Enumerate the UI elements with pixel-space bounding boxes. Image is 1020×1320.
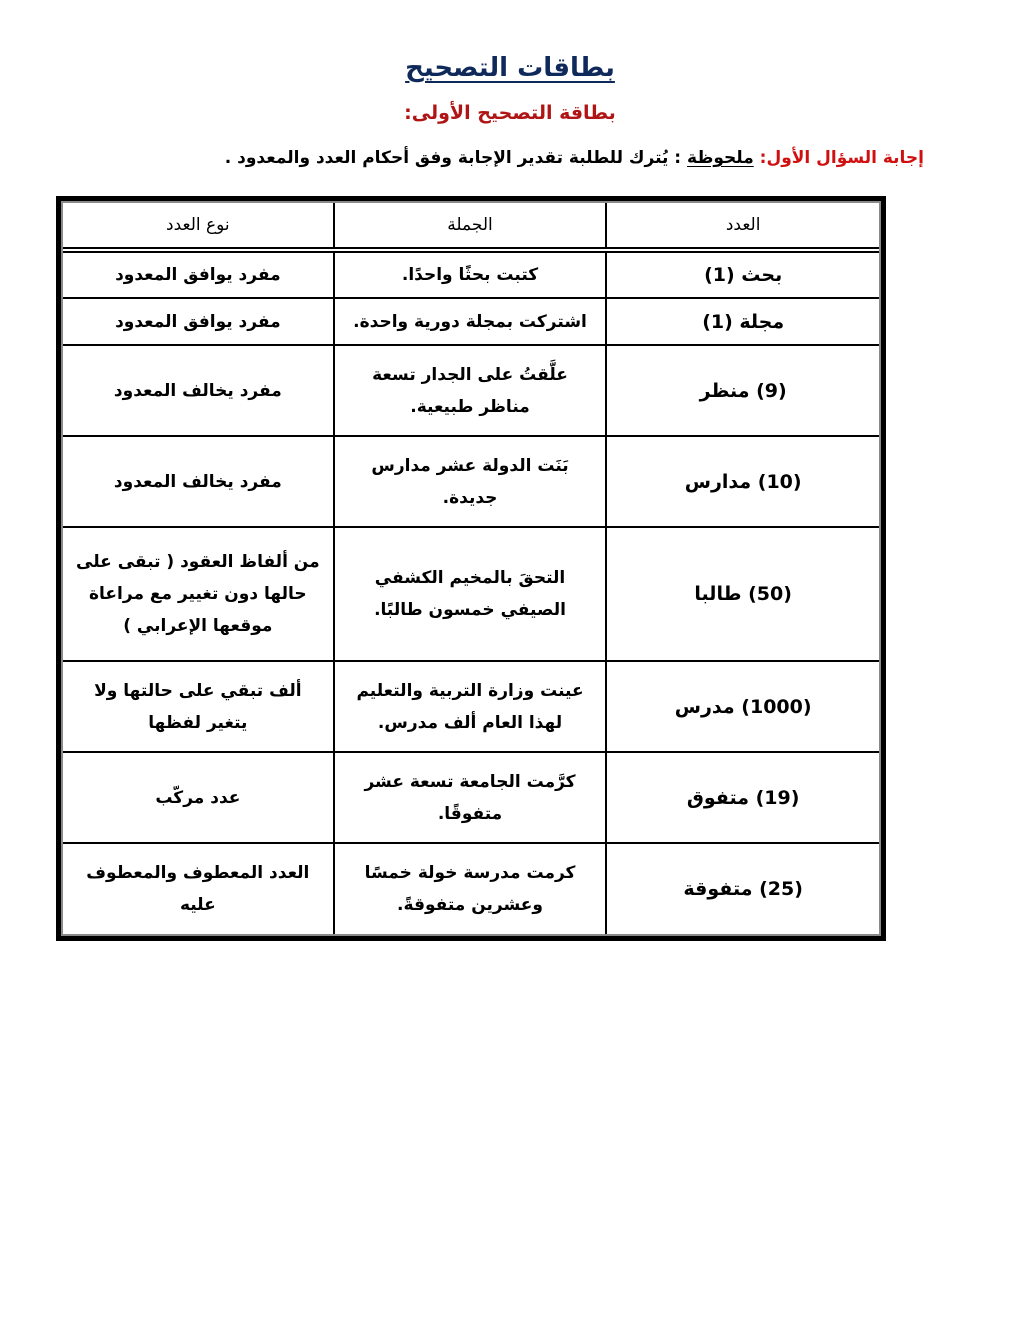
answer-table-inner: العدد الجملة نوع العدد بحث (1) كتبت بحثً… [61,201,881,936]
page-title-text: بطاقات التصحيح [405,53,615,83]
cell-type: عدد مركّب [63,752,334,843]
cell-type: ألف تبقي على حالتها ولا يتغير لفظها [63,661,334,752]
header-number: العدد [606,203,879,250]
cell-number: (1000) مدرس [606,661,879,752]
answer-line: إجابة السؤال الأول: ملحوظة : يُترك للطلب… [225,142,924,174]
cell-number: بحث (1) [606,250,879,298]
cell-sentence: بَنَت الدولة عشر مدارس جديدة. [334,436,607,527]
cell-type: مفرد يخالف المعدود [63,345,334,436]
cell-sentence: علَّقتُ على الجدار تسعة مناظر طبيعية. [334,345,607,436]
cell-number: (50) طالبا [606,527,879,661]
page-title: بطاقات التصحيح [0,48,1020,88]
header-type: نوع العدد [63,203,334,250]
table-row: (10) مدارس بَنَت الدولة عشر مدارس جديدة.… [63,436,879,527]
note-label: ملحوظة [687,148,754,168]
cell-number: (9) منظر [606,345,879,436]
answer-label: إجابة السؤال الأول: [760,148,924,168]
answer-grid: العدد الجملة نوع العدد بحث (1) كتبت بحثً… [63,203,879,934]
cell-sentence: التحقَ بالمخيم الكشفي الصيفي خمسون طالبً… [334,527,607,661]
cell-type: من ألفاظ العقود ( تبقى على حالها دون تغي… [63,527,334,661]
cell-number: (19) متفوق [606,752,879,843]
cell-type: مفرد يوافق المعدود [63,298,334,345]
table-row: (19) متفوق كرَّمت الجامعة تسعة عشر متفوق… [63,752,879,843]
cell-sentence: كرَّمت الجامعة تسعة عشر متفوقًا. [334,752,607,843]
answer-table: العدد الجملة نوع العدد بحث (1) كتبت بحثً… [56,196,886,941]
cell-sentence: كرمت مدرسة خولة خمسًا وعشرين متفوقةً. [334,843,607,934]
cell-sentence: كتبت بحثًا واحدًا. [334,250,607,298]
table-row: (1000) مدرس عينت وزارة التربية والتعليم … [63,661,879,752]
cell-type: العدد المعطوف والمعطوف عليه [63,843,334,934]
cell-number: مجلة (1) [606,298,879,345]
cell-sentence: اشتركت بمجلة دورية واحدة. [334,298,607,345]
cell-type: مفرد يوافق المعدود [63,250,334,298]
header-sentence: الجملة [334,203,607,250]
table-row: (9) منظر علَّقتُ على الجدار تسعة مناظر ط… [63,345,879,436]
card-subtitle: بطاقة التصحيح الأولى: [0,96,1020,130]
cell-sentence: عينت وزارة التربية والتعليم لهذا العام أ… [334,661,607,752]
table-header-row: العدد الجملة نوع العدد [63,203,879,250]
cell-number: (10) مدارس [606,436,879,527]
table-row: (50) طالبا التحقَ بالمخيم الكشفي الصيفي … [63,527,879,661]
table-row: بحث (1) كتبت بحثًا واحدًا. مفرد يوافق ال… [63,250,879,298]
table-row: مجلة (1) اشتركت بمجلة دورية واحدة. مفرد … [63,298,879,345]
cell-number: (25) متفوقة [606,843,879,934]
note-text: : يُترك للطلبة تقدير الإجابة وفق أحكام ا… [225,148,687,168]
cell-type: مفرد يخالف المعدود [63,436,334,527]
table-row: (25) متفوقة كرمت مدرسة خولة خمسًا وعشرين… [63,843,879,934]
